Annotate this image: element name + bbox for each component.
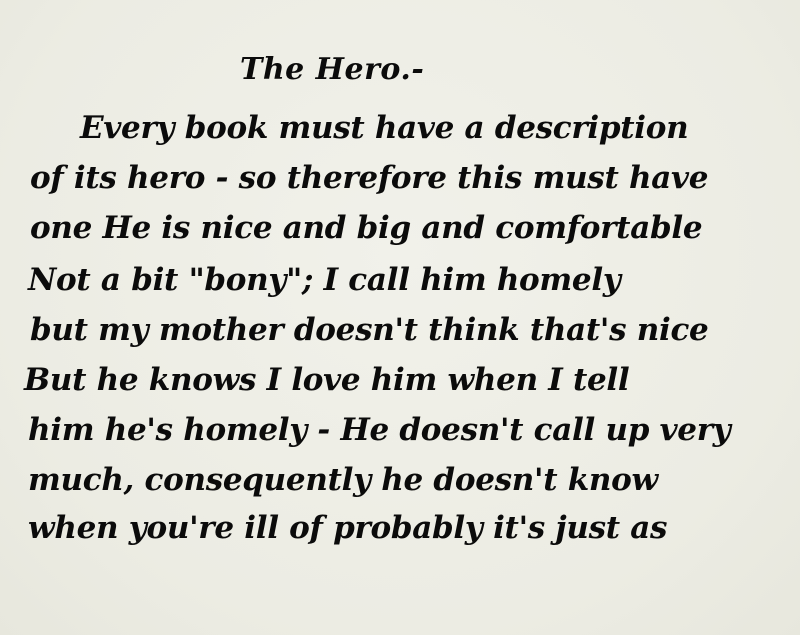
text-line: him he's homely - He doesn't call up ver… <box>28 412 730 448</box>
text-line: Not a bit "bony"; I call him homely <box>28 262 621 298</box>
handwritten-page: The Hero.- Every book must have a descri… <box>0 0 800 635</box>
text-line: much, consequently he doesn't know <box>28 462 658 498</box>
page-title: The Hero.- <box>240 52 424 87</box>
text-line: of its hero - so therefore this must hav… <box>30 160 708 196</box>
text-line: when you're ill of probably it's just as <box>28 510 667 546</box>
text-line: one He is nice and big and comfortable <box>30 210 702 246</box>
text-line: Every book must have a description <box>80 110 688 146</box>
text-line: but my mother doesn't think that's nice <box>30 312 708 348</box>
text-line: But he knows I love him when I tell <box>24 362 629 398</box>
